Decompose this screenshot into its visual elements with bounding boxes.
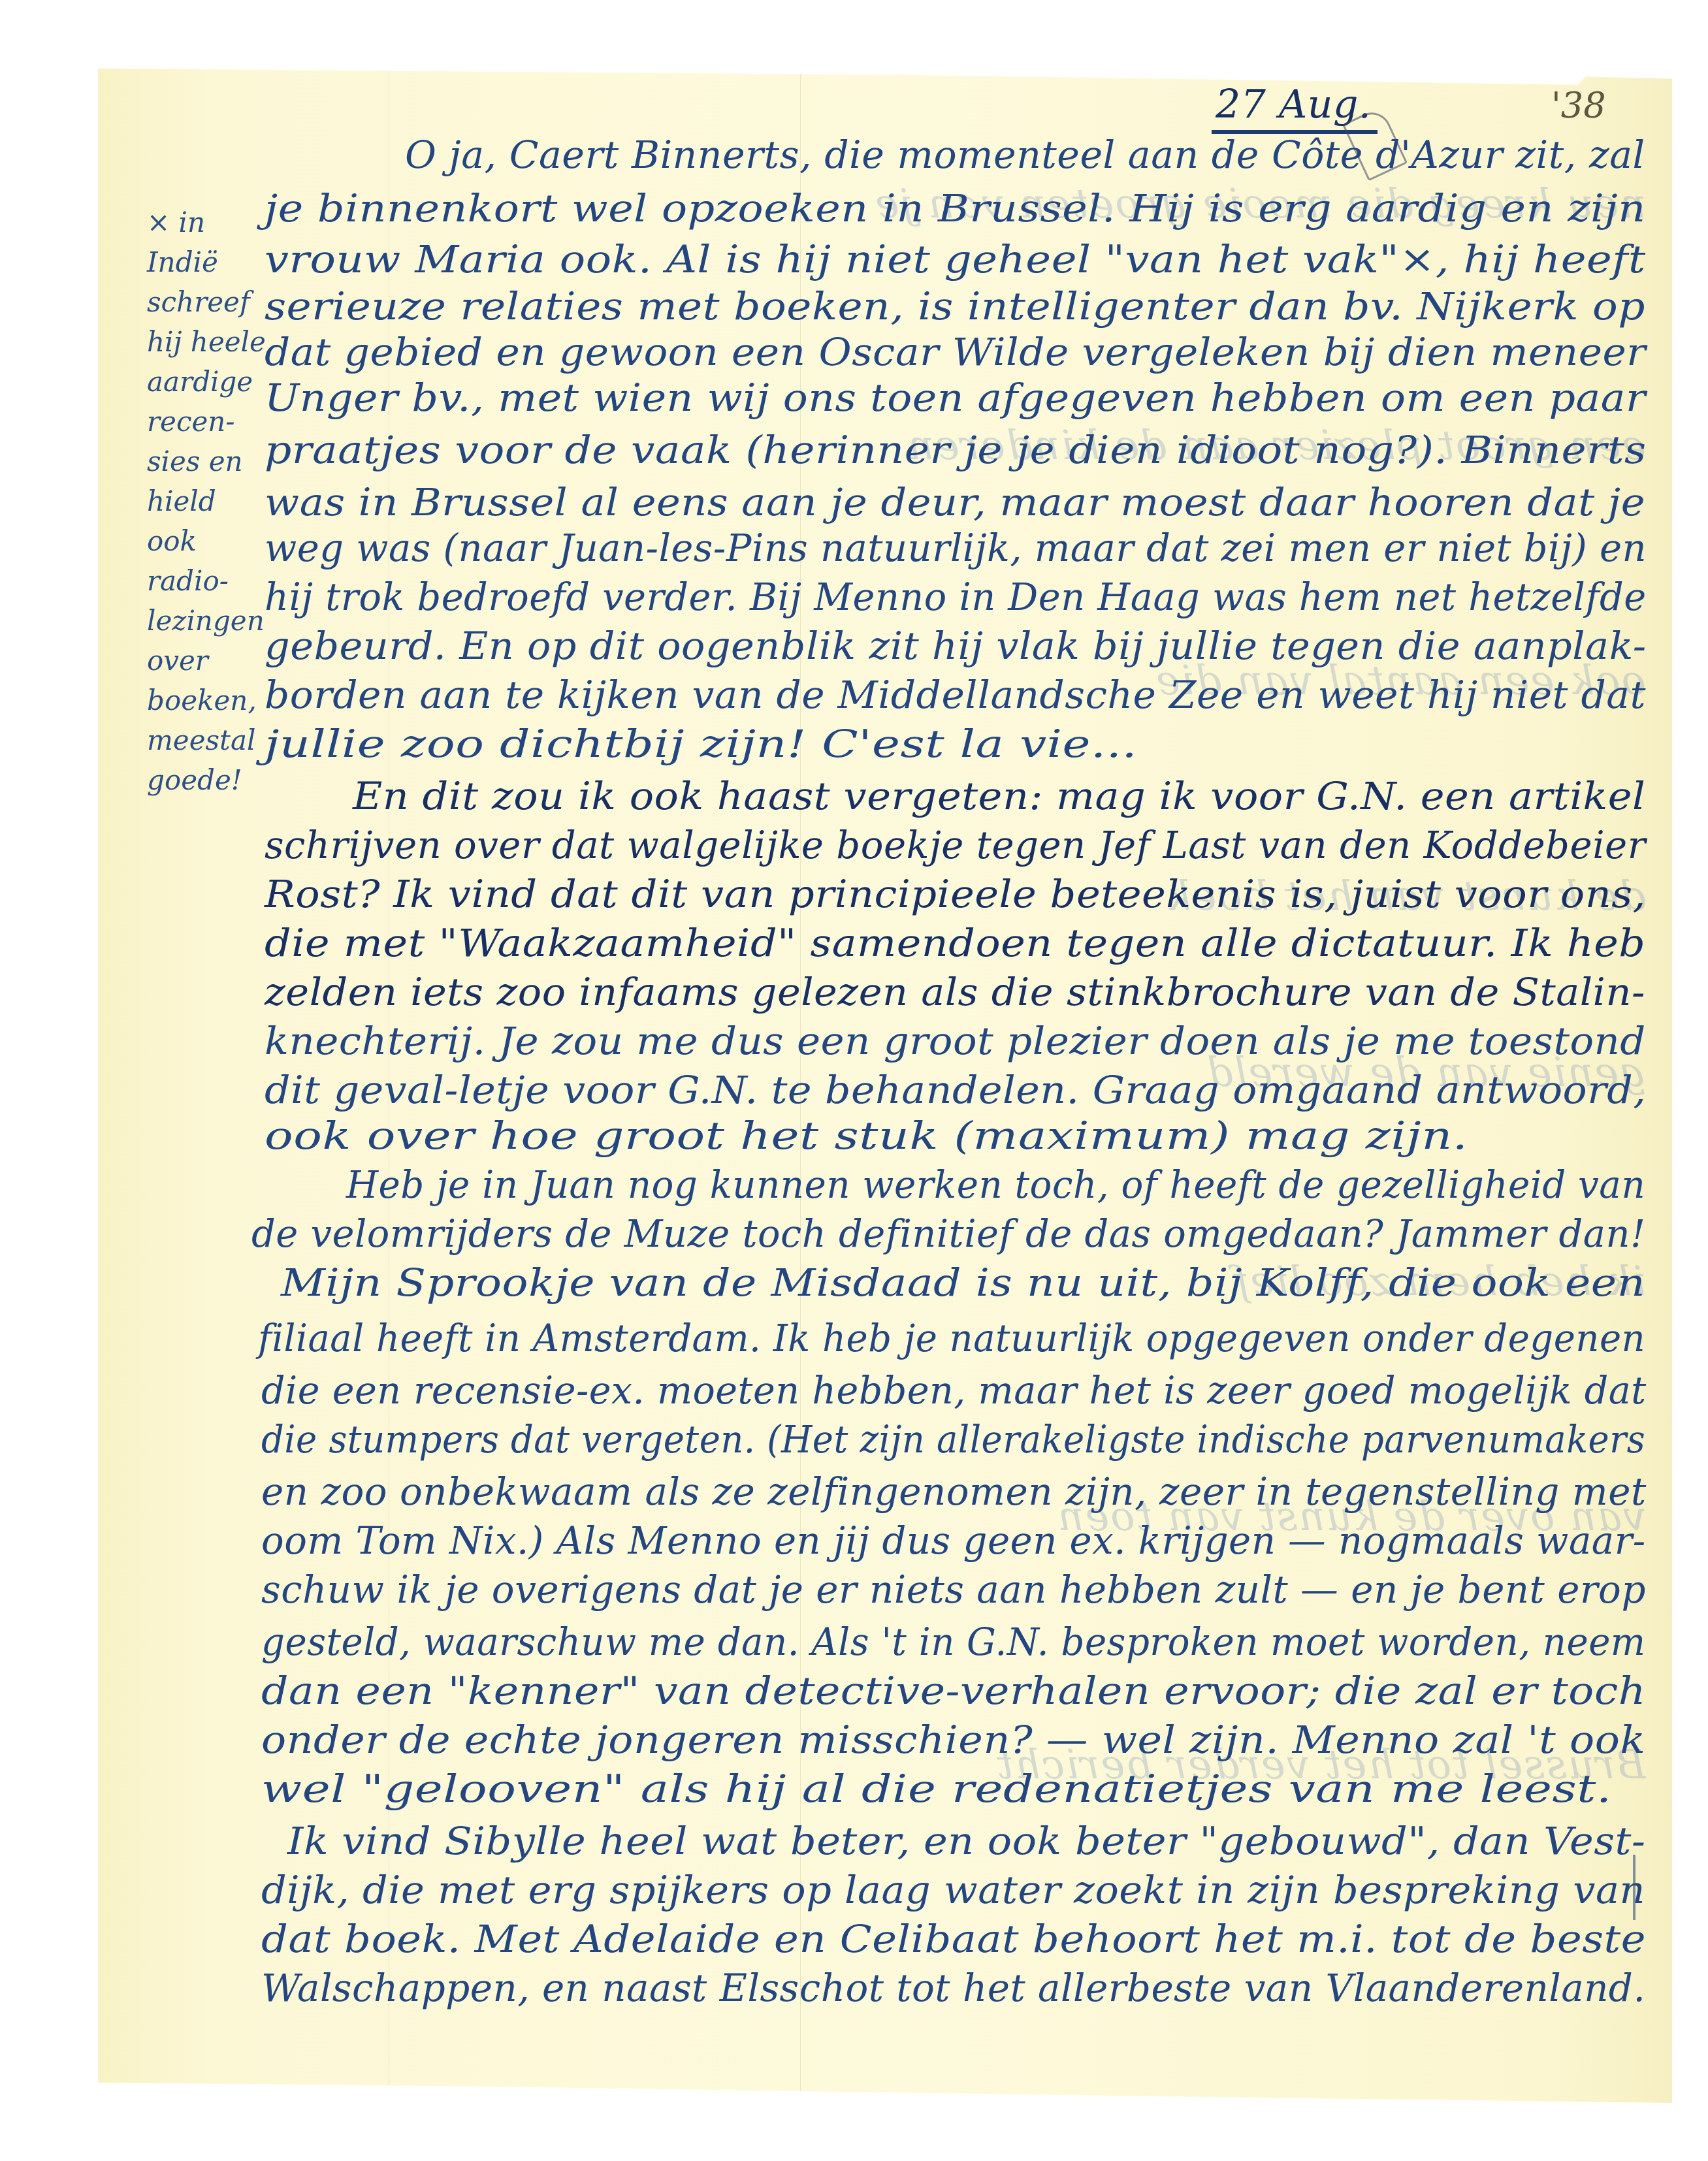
body-line: serieuze relaties met boeken, is intelli…	[265, 287, 1645, 333]
body-line: was in Brussel al eens aan je deur, maar…	[265, 483, 1645, 529]
body-line: onder de echte jongeren misschien? — wel…	[261, 1721, 1645, 1767]
body-line: dan een "kenner" van detective-verhalen …	[261, 1672, 1646, 1718]
body-line: je binnenkort wel opzoeken in Brussel. H…	[265, 189, 1646, 235]
margin-note-line: × in	[147, 202, 271, 242]
margin-note-line: recen-	[147, 402, 271, 441]
year-annotation: '38	[1551, 85, 1606, 126]
margin-note-line: sies en	[147, 441, 271, 481]
body-line: Walschappen, en naast Elsschot tot het a…	[261, 1969, 1645, 2015]
margin-note-line: radio-	[147, 561, 271, 601]
margin-note-line: aardige	[147, 362, 271, 402]
margin-note-line: lezingen	[147, 601, 271, 641]
body-line: Mijn Sprookje van de Misdaad is nu uit, …	[281, 1264, 1645, 1309]
body-line: Unger bv., met wien wij ons toen afgegev…	[265, 379, 1646, 424]
body-line: die een recensie-ex. moeten hebben, maar…	[261, 1371, 1647, 1417]
body-line: filiaal heeft in Amsterdam. Ik heb je na…	[258, 1319, 1645, 1365]
margin-note-line: over	[147, 641, 271, 680]
body-line: borden aan te kijken van de Middellandsc…	[265, 676, 1646, 722]
body-line: die stumpers dat vergeten. (Het zijn all…	[261, 1420, 1645, 1466]
body-line: zelden iets zoo infaams gelezen als die …	[265, 973, 1645, 1019]
margin-note-line: goede!	[147, 760, 271, 800]
body-line: vrouw Maria ook. Al is hij niet geheel "…	[265, 240, 1646, 286]
body-line: Rost? Ik vind dat dit van principieele b…	[265, 875, 1646, 921]
body-line: knechterij. Je zou me dus een groot plez…	[265, 1022, 1646, 1068]
body-line: gebeurd. En op dit oogenblik zit hij vla…	[265, 627, 1647, 673]
body-line: die met "Waakzaamheid" samendoen tegen a…	[265, 924, 1646, 970]
body-line: ook over hoe groot het stuk (maximum) ma…	[265, 1117, 1468, 1162]
margin-note-line: ook	[147, 521, 271, 561]
body-line: weg was (naar Juan-les-Pins natuurlijk, …	[265, 529, 1647, 575]
margin-note-line: Indië	[147, 242, 271, 282]
body-line: dat gebied en gewoon een Oscar Wilde ver…	[265, 333, 1646, 379]
body-line: gesteld, waarschuw me dan. Als 't in G.N…	[261, 1623, 1646, 1669]
body-line: en zoo onbekwaam als ze zelfingenomen zi…	[261, 1473, 1647, 1518]
body-line: hij trok bedroefd verder. Bij Menno in D…	[265, 578, 1647, 624]
body-line: schuw ik je overigens dat je er niets aa…	[261, 1571, 1646, 1616]
body-line: wel "gelooven" als hij al die redenatiet…	[261, 1770, 1612, 1816]
body-line: dit geval-letje voor G.N. te behandelen.…	[265, 1071, 1646, 1117]
body-line: schrijven over dat walgelijke boekje teg…	[265, 826, 1646, 872]
body-line: Ik vind Sibylle heel wat beter, en ook b…	[287, 1822, 1645, 1868]
body-line: de velomrijders de Muze toch definitief …	[251, 1215, 1645, 1260]
body-line: Heb je in Juan nog kunnen werken toch, o…	[346, 1166, 1645, 1211]
body-line: dat boek. Met Adelaide en Celibaat behoo…	[261, 1920, 1646, 1966]
body-line: En dit zou ik ook haast vergeten: mag ik…	[353, 777, 1645, 823]
margin-rule-mark	[1633, 1855, 1635, 1920]
body-line: oom Tom Nix.) Als Menno en jij dus geen …	[261, 1522, 1646, 1567]
margin-note-line: hij heele	[147, 322, 271, 362]
margin-note-line: schreef	[147, 282, 271, 322]
margin-note-line: boeken,	[147, 680, 271, 720]
body-line: praatjes voor de vaak (herinner je je di…	[265, 431, 1647, 477]
margin-note-line: hield	[147, 481, 271, 521]
margin-note-line: meestal	[147, 720, 271, 760]
body-line: jullie zoo dichtbij zijn! C'est la vie..…	[265, 725, 1137, 771]
body-line: dijk, die met erg spijkers op laag water…	[261, 1871, 1645, 1917]
margin-note: × in Indië schreef hij heele aardige rec…	[147, 202, 271, 800]
body-line: O ja, Caert Binnerts, die momenteel aan …	[405, 136, 1645, 182]
